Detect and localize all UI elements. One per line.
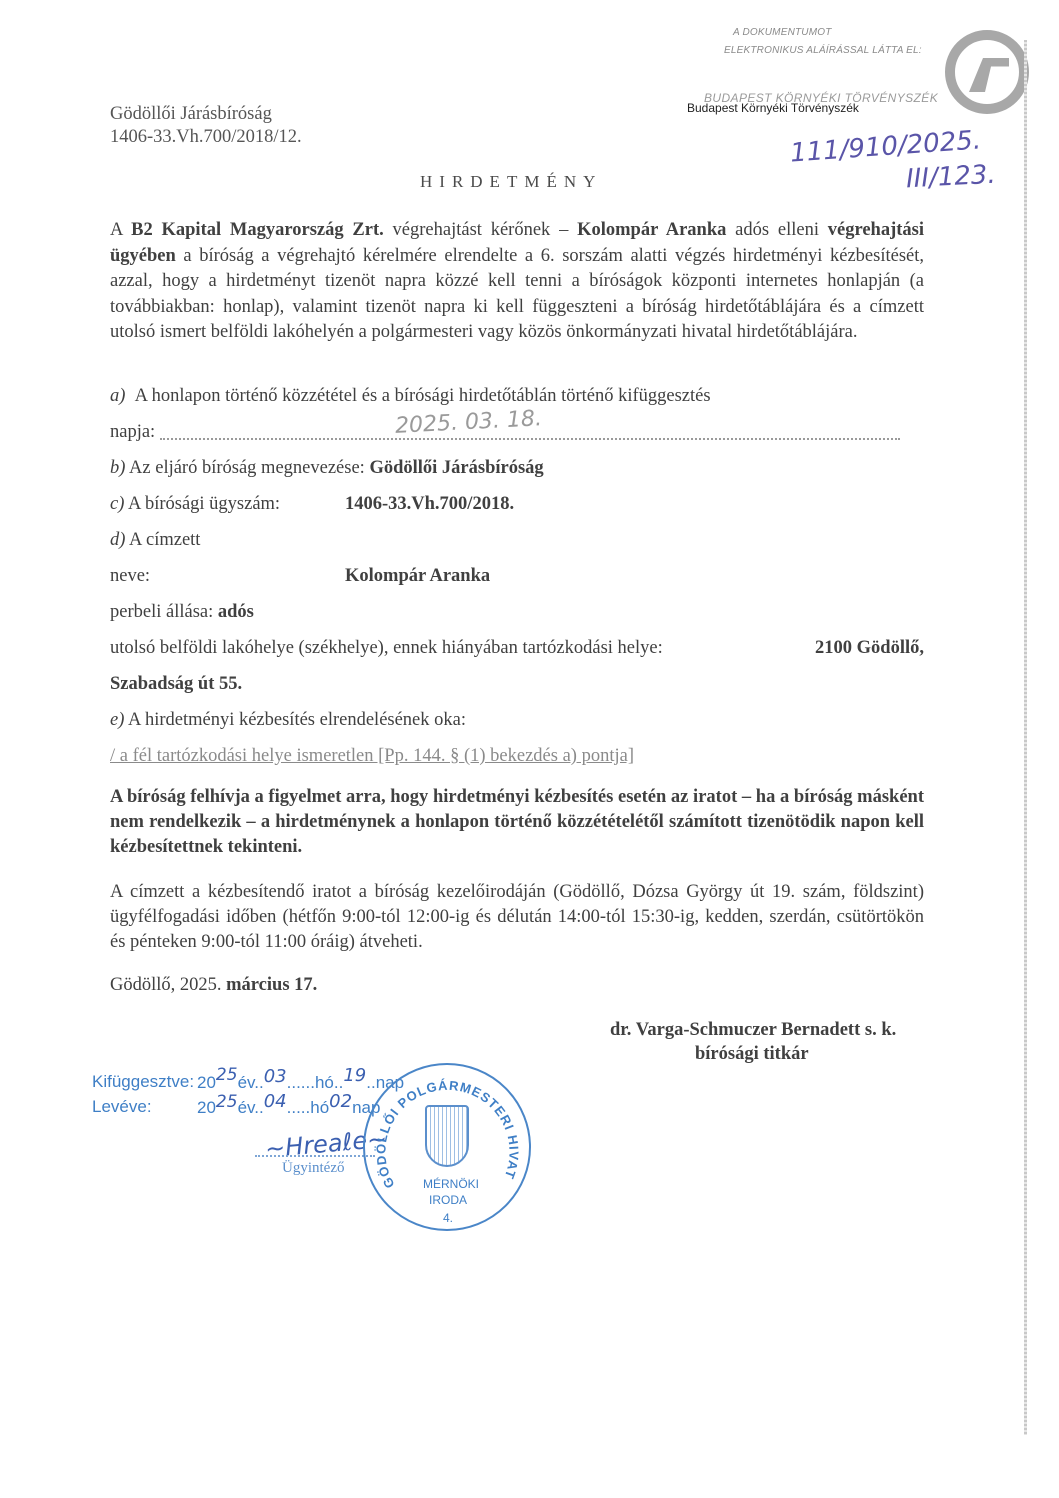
signatory-role: bírósági titkár	[695, 1042, 809, 1067]
recipient-address-city: 2100 Gödöllő,	[815, 636, 924, 661]
item-e: e) A hirdetményi kézbesítés elrendelésén…	[110, 708, 466, 733]
recipient-name: Kolompár Aranka	[345, 564, 490, 589]
intro-text: adós elleni	[726, 220, 827, 240]
posted-month: 03	[264, 1066, 287, 1087]
scan-edge-line	[1024, 40, 1027, 1435]
issue-date: március 17.	[226, 975, 317, 995]
recipient-status-label: perbeli állása:	[110, 602, 218, 622]
esign-line-2: ELEKTRONIKUS ALÁÍRÁSSAL LÁTTA EL:	[724, 45, 922, 56]
service-reason: / a fél tartózkodási helye ismeretlen [P…	[110, 744, 634, 769]
coat-of-arms-icon	[425, 1105, 469, 1167]
esign-court-name: Budapest Környéki Törvényszék	[687, 101, 859, 115]
item-c: c) A bírósági ügyszám:	[110, 492, 280, 517]
legal-notice: A bíróság felhívja a figyelmet arra, hog…	[110, 785, 924, 860]
creditor-name: B2 Kapital Magyarország Zrt.	[131, 220, 384, 240]
recipient-address-street: Szabadság út 55.	[110, 672, 242, 697]
item-b-label: b)	[110, 458, 125, 478]
item-b: b) Az eljáró bíróság megnevezése: Gödöll…	[110, 456, 544, 481]
stamp-number: 4.	[443, 1211, 453, 1225]
removed-day: 02	[329, 1091, 352, 1112]
posted-day: 19	[343, 1065, 366, 1086]
handwritten-subnumber: III/123.	[905, 160, 996, 195]
year-suffix: év	[238, 1098, 255, 1117]
posted-year: 25	[216, 1065, 238, 1085]
item-a-label: a)	[110, 386, 125, 406]
recipient-address-line: utolsó belföldi lakóhelye (székhelye), e…	[110, 636, 924, 661]
year-suffix: év	[238, 1073, 255, 1092]
intro-text: A	[110, 220, 131, 240]
item-b-text: Az eljáró bíróság megnevezése:	[129, 458, 369, 478]
proceeding-court: Gödöllői Járásbíróság	[369, 458, 543, 478]
stamp-center-2: IRODA	[429, 1193, 467, 1207]
document-title: HIRDETMÉNY	[420, 172, 602, 192]
item-d-text: A címzett	[129, 530, 200, 550]
office-stamp: GÖDÖLLŐI POLGÁRMESTERI HIVATAL MÉRNÖKI I…	[363, 1063, 531, 1231]
posted-label: Kifüggesztve:	[92, 1072, 194, 1092]
handwritten-publication-date: 2025. 03. 18.	[394, 406, 542, 439]
recipient-status-value: adós	[218, 602, 254, 622]
officer-label: Ügyintéző	[282, 1160, 344, 1177]
intro-text: a bíróság a végrehajtó kérelmére elrende…	[110, 246, 924, 343]
month-suffix: hó	[310, 1098, 329, 1117]
item-e-text: A hirdetményi kézbesítés elrendelésének …	[128, 710, 466, 730]
intro-paragraph: A B2 Kapital Magyarország Zrt. végrehajt…	[110, 218, 924, 346]
court-case-number: 1406-33.Vh.700/2018.	[345, 492, 514, 517]
signatory-name: dr. Varga-Schmuczer Bernadett s. k.	[610, 1018, 896, 1043]
pickup-info: A címzett a kézbesítendő iratot a bírósá…	[110, 880, 924, 955]
esign-line-1: A DOKUMENTUMOT	[733, 27, 832, 38]
recipient-address-label: utolsó belföldi lakóhelye (székhelye), e…	[110, 636, 663, 661]
removed-date: 2025év..04.....hó02nap	[197, 1097, 380, 1118]
removed-month: 04	[264, 1091, 287, 1112]
date-dotted-line	[160, 436, 900, 440]
item-a-text: A honlapon történő közzététel és a bírós…	[135, 386, 711, 406]
item-a: a) A honlapon történő közzététel és a bí…	[110, 384, 924, 409]
court-name: Gödöllői Járásbíróság	[110, 102, 272, 127]
item-a-date-label: napja:	[110, 420, 155, 445]
item-c-text: A bírósági ügyszám:	[128, 494, 280, 514]
item-e-label: e)	[110, 710, 124, 730]
recipient-status: perbeli állása: adós	[110, 600, 254, 625]
stamp-center-1: MÉRNÖKI	[423, 1177, 479, 1191]
year-prefix: 20	[197, 1098, 216, 1117]
year-prefix: 20	[197, 1073, 216, 1092]
recipient-name-label: neve:	[110, 564, 150, 589]
item-d-label: d)	[110, 530, 125, 550]
item-c-label: c)	[110, 494, 124, 514]
place-and-date: Gödöllő, 2025. március 17.	[110, 973, 317, 998]
removed-year: 25	[216, 1092, 238, 1112]
debtor-name: Kolompár Aranka	[577, 220, 726, 240]
case-number: 1406-33.Vh.700/2018/12.	[110, 125, 302, 150]
item-d: d) A címzett	[110, 528, 200, 553]
intro-text: végrehajtást kérőnek –	[384, 220, 577, 240]
removed-label: Levéve:	[92, 1097, 152, 1117]
signature-line	[255, 1155, 375, 1157]
place: Gödöllő, 2025.	[110, 975, 226, 995]
month-suffix: hó	[315, 1073, 334, 1092]
court-logo-icon	[945, 30, 1029, 114]
